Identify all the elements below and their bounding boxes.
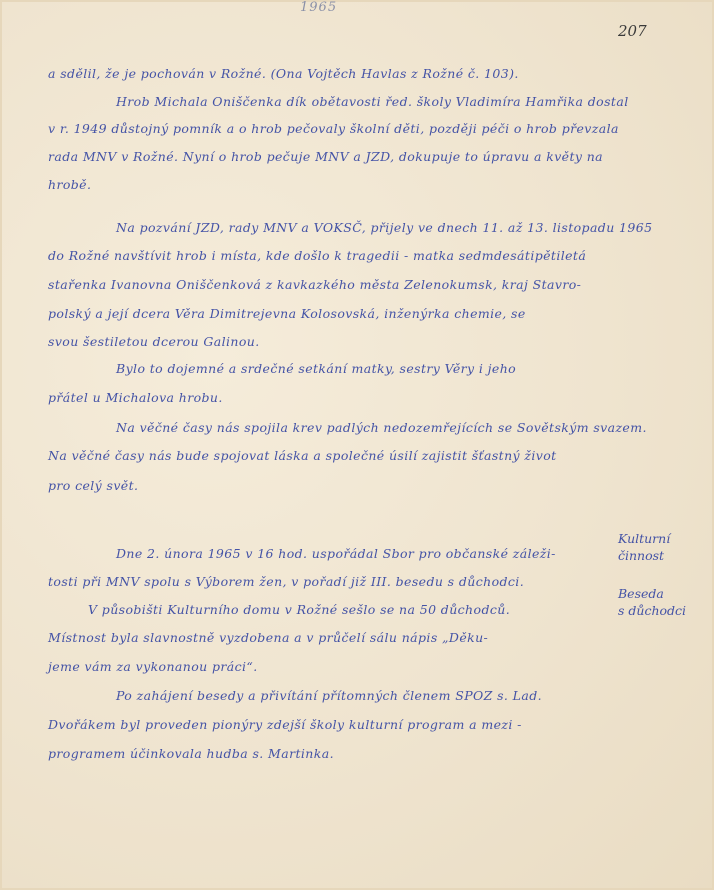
margin-note-line: Kulturní [618, 530, 714, 547]
text-line: a sdělil, že je pochován v Rožné. (Ona V… [48, 66, 519, 81]
text-line: Dvořákem byl proveden pionýry zdejší ško… [48, 717, 522, 732]
page-number: 207 [618, 22, 647, 40]
text-line: Místnost byla slavnostně vyzdobena a v p… [48, 630, 488, 645]
text-line: Na věčné časy nás bude spojovat láska a … [48, 448, 557, 463]
text-line: do Rožné navštívit hrob i místa, kde doš… [48, 248, 586, 263]
margin-note: Kulturníčinnost [618, 530, 714, 564]
page-year: 1965 [300, 0, 337, 15]
text-line: Na věčné časy nás spojila krev padlých n… [116, 420, 647, 435]
text-line: Po zahájení besedy a přivítání přítomnýc… [116, 688, 542, 703]
chronicle-page: 1965 207 a sdělil, že je pochován v Rožn… [0, 0, 714, 890]
text-line: Bylo to dojemné a srdečné setkání matky,… [116, 361, 516, 376]
text-line: programem účinkovala hudba s. Martinka. [48, 746, 334, 761]
text-line: hrobě. [48, 177, 91, 192]
text-line: rada MNV v Rožné. Nyní o hrob pečuje MNV… [48, 149, 603, 164]
text-line: přátel u Michalova hrobu. [48, 390, 223, 405]
text-line: v r. 1949 důstojný pomník a o hrob pečov… [48, 121, 619, 136]
text-line: Hrob Michala Oniščenka dík obětavosti ře… [116, 94, 629, 109]
margin-note: Besedas důchodci [618, 585, 714, 619]
text-line: Na pozvání JZD, rady MNV a VOKSČ, přijel… [116, 220, 652, 235]
text-line: stařenka Ivanovna Oniščenková z kavkazké… [48, 277, 581, 292]
text-line: jeme vám za vykonanou práci“. [48, 659, 258, 674]
text-line: Dne 2. února 1965 v 16 hod. uspořádal Sb… [116, 546, 556, 561]
text-line: pro celý svět. [48, 478, 138, 493]
text-line: svou šestiletou dcerou Galinou. [48, 334, 260, 349]
margin-note-line: s důchodci [618, 602, 714, 619]
text-line: tosti při MNV spolu s Výborem žen, v poř… [48, 574, 524, 589]
text-line: polský a její dcera Věra Dimitrejevna Ko… [48, 306, 526, 321]
margin-note-line: Beseda [618, 585, 714, 602]
text-line: V působišti Kulturního domu v Rožné sešl… [88, 602, 510, 617]
margin-note-line: činnost [618, 547, 714, 564]
